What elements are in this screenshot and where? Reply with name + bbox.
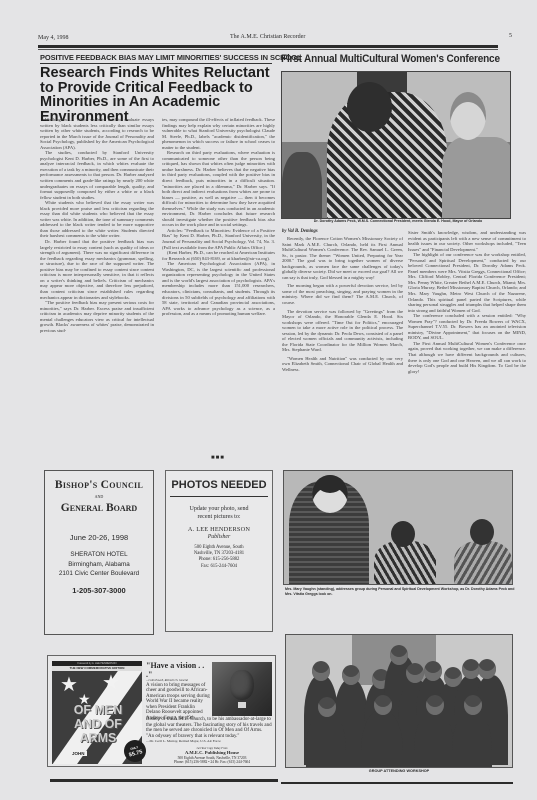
paragraph: Recently, the Florence Cotton Women's Mi…	[282, 236, 403, 280]
photo-person-seated	[374, 541, 436, 585]
masthead-rule-thin	[38, 49, 498, 50]
photo-caption: Dr. Dorothy Adams Peck, W.M.S. Connectio…	[283, 219, 513, 223]
conference-column-2: Sister Smith's knowledge, wisdom, and un…	[408, 230, 526, 415]
group-member-head	[342, 665, 360, 685]
publisher-role: Publisher	[166, 534, 272, 540]
end-of-article-marks: ■■■	[211, 455, 225, 461]
book-blurb: A vision to bring messages of cheer and …	[146, 683, 210, 722]
group-member-head	[464, 695, 482, 715]
article-column-1: Washington — White students tend to eval…	[40, 117, 154, 447]
ad-heading: PHOTOS NEEDED	[170, 479, 268, 497]
paragraph: Articles: "Feedback to Minorities: Evide…	[162, 228, 275, 250]
article-headline: Research Finds Whites Reluctant to Provi…	[40, 66, 280, 124]
photo-caption: GROUP ATTENDING WORKSHOP	[285, 769, 513, 773]
group-member-head	[390, 645, 408, 665]
star-icon: ★	[102, 673, 120, 693]
paragraph: The American Psychological Association (…	[162, 261, 275, 316]
paragraph: "The positive feedback bias may present …	[40, 300, 154, 333]
paragraph: White students who believed that the ess…	[40, 200, 154, 239]
paragraph: ies, may compound the ill-effects of inf…	[162, 117, 275, 150]
publication-name: The A.M.E. Christian Recorder	[230, 34, 305, 40]
paragraph: (Kent Harber, Ph.D., can be reached at A…	[162, 250, 275, 261]
author-portrait-photo	[212, 662, 272, 716]
ad-title-line1: Bishop's Council	[45, 479, 153, 491]
article-kicker: POSITIVE FEEDBACK BIAS MAY LIMIT MINORIT…	[40, 53, 272, 64]
event-dates: June 20-26, 1998	[45, 533, 153, 542]
paragraph: Sister Smith's knowledge, wisdom, and un…	[408, 230, 526, 252]
book-description: "Have a vision . . ." —Colin Powell, Ret…	[146, 661, 210, 721]
article-byline: by Val B. Demings	[282, 229, 318, 234]
photo-workshop-speaker	[283, 470, 513, 585]
group-member-head	[424, 661, 442, 681]
book-description-cont: Bishop of the A.M.E. Church, to be his a…	[146, 717, 274, 745]
paragraph: The First Annual MultiCultural Women's C…	[408, 341, 526, 374]
hotel-phone: 1-205-307-3000	[45, 586, 153, 595]
paragraph: The highlight of our conference was the …	[408, 252, 526, 313]
conference-column-1: Recently, the Florence Cotton Women's Mi…	[282, 236, 403, 416]
photo-head-peck	[347, 82, 392, 132]
paragraph: Washington — White students tend to eval…	[40, 117, 154, 150]
hotel-street: 2101 Civic Center Boulevard	[45, 569, 153, 579]
group-member-head	[426, 695, 444, 715]
book-quote: "Have a vision . . ."	[146, 661, 210, 679]
photo-head-hood	[450, 92, 486, 140]
paragraph: Dr. Harber found that the positive feedb…	[40, 239, 154, 300]
review-attribution: —Dr. Cecil L. Murray, Retired Major, U.S…	[146, 739, 274, 745]
photo-head-seated	[391, 521, 415, 547]
photos-needed-ad: PHOTOS NEEDED Update your photo, send re…	[165, 470, 273, 632]
group-member-head	[478, 659, 496, 679]
paragraph: The morning began with a powerful devoti…	[282, 283, 403, 305]
photo-group-workshop	[285, 634, 513, 768]
issue-date: May 4, 1998	[38, 35, 69, 41]
photo-person-hood	[442, 137, 511, 219]
book-blurb: Bishop of the A.M.E. Church, to be his a…	[146, 717, 274, 734]
paragraph: "Women Health and Nutrition" was conduct…	[282, 356, 403, 373]
page-number: 5	[509, 33, 512, 39]
bottom-rule	[281, 782, 513, 784]
hotel-name: SHERATON HOTEL	[45, 550, 153, 560]
conference-headline: First Annual MultiCultural Women's Confe…	[281, 53, 495, 65]
group-member-head	[312, 661, 330, 681]
bishops-council-ad: Bishop's Council and General Board June …	[44, 470, 154, 635]
paragraph: The studies, conducted by Stanford Unive…	[40, 150, 154, 200]
ad-line: recent pictures to:	[166, 513, 272, 521]
masthead-rule	[38, 45, 498, 48]
ad-title-line2: General Board	[45, 502, 153, 514]
ad-title-and: and	[45, 494, 153, 500]
publisher-phone: Phone: (615) 256-5882 • 24 Hr. Fax: (615…	[148, 760, 276, 764]
paragraph: The conference concluded with a session …	[408, 313, 526, 341]
fax-line: Fax: 615-244-7604	[166, 564, 272, 570]
book-ad: Foreword by A. LEE HENDERSON THE NEW COM…	[47, 655, 276, 767]
publisher-name: A. LEE HENDERSON	[166, 526, 272, 533]
cover-edition: THE NEW COMMEMORATIVE EDITION	[52, 666, 142, 671]
photo-peck-meets-hood	[281, 71, 511, 219]
photo-person-left	[282, 152, 322, 219]
book-title: OF MEN AND OF ARMS	[60, 703, 136, 745]
paragraph: Research on third party evaluations, whe…	[162, 150, 275, 228]
book-author: JOHN	[70, 751, 87, 756]
photo-head-standing	[312, 475, 348, 513]
portrait-collar	[238, 702, 246, 708]
group-member-head	[374, 695, 392, 715]
publisher-info: Get Your Copy Today From A.M.E.C. Publis…	[148, 747, 276, 765]
paragraph: The devotion service was followed by "Gr…	[282, 309, 403, 353]
ad-line: Update your photo, send	[166, 505, 272, 513]
portrait-face	[230, 670, 254, 700]
photo-head-seated	[470, 519, 494, 545]
hotel-city: Birmingham, Alabama	[45, 560, 153, 570]
photo-person-seated	[454, 541, 512, 585]
article-column-2: ies, may compound the ill-effects of inf…	[162, 117, 275, 457]
photo-caption: Mrs. Mary Vaughn (standing), addresses g…	[285, 587, 515, 596]
star-icon: ★	[60, 675, 78, 695]
group-member-head	[318, 697, 336, 717]
group-member-head	[406, 663, 424, 683]
bottom-rule	[50, 779, 278, 782]
